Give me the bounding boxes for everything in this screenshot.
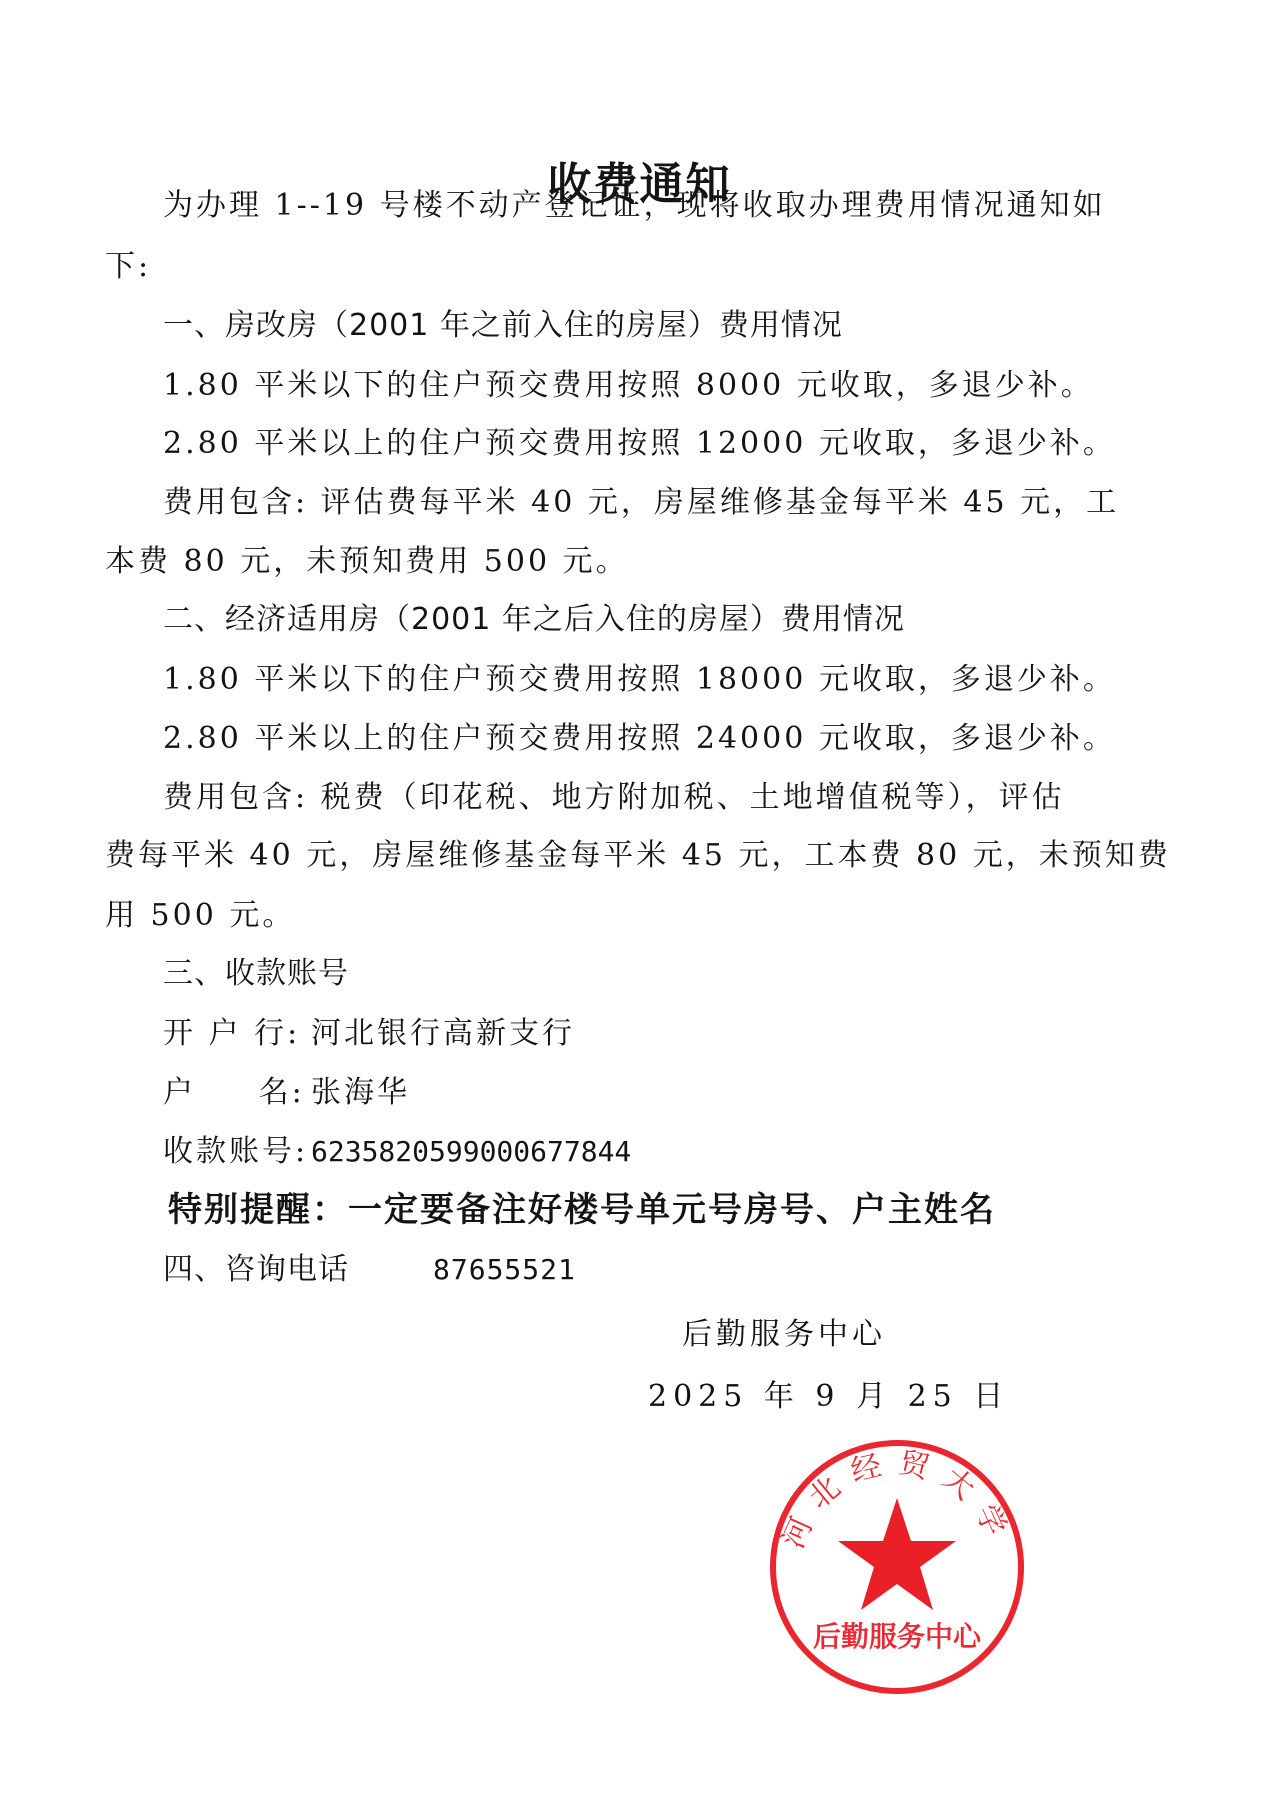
account-name-row: 户 名:张海华: [163, 1073, 410, 1113]
account-number-row: 收款账号:6235820599000677844: [163, 1132, 631, 1172]
section2-item-1: 1.80 平米以下的住户预交费用按照 18000 元收取，多退少补。: [163, 660, 1116, 700]
section4-row: 四、咨询电话87655521: [163, 1250, 576, 1290]
section1-heading: 一、房改房（2001 年之前入住的房屋）费用情况: [163, 306, 843, 346]
consult-phone: 87655521: [433, 1253, 576, 1286]
section4-heading: 四、咨询电话: [163, 1252, 349, 1287]
account-name-label: 户 名:: [163, 1073, 311, 1113]
account-name-value: 张海华: [311, 1075, 410, 1110]
intro-line-2: 下:: [105, 247, 151, 287]
section1-includes-line-1: 费用包含: 评估费每平米 40 元，房屋维修基金每平米 45 元，工: [163, 483, 1119, 523]
signature-date: 2025 年 9 月 25 日: [648, 1371, 1009, 1415]
section1-includes-line-2: 本费 80 元，未预知费用 500 元。: [105, 542, 629, 582]
intro-line-1: 为办理 1--19 号楼不动产登记证，现将收取办理费用情况通知如: [163, 186, 1106, 226]
section2-item-2: 2.80 平米以上的住户预交费用按照 24000 元收取，多退少补。: [163, 719, 1116, 759]
section3-heading: 三、收款账号: [163, 954, 349, 994]
section1-item-1: 1.80 平米以下的住户预交费用按照 8000 元收取，多退少补。: [163, 366, 1094, 406]
special-reminder: 特别提醒：一定要备注好楼号单元号房号、户主姓名: [168, 1190, 996, 1230]
notice-page: 收费通知 为办理 1--19 号楼不动产登记证，现将收取办理费用情况通知如 下:…: [0, 0, 1279, 1819]
section2-includes-line-3: 用 500 元。: [105, 896, 295, 936]
official-seal-stamp: 河北经贸大学 后勤服务中心: [766, 1436, 1028, 1698]
bank-label: 开 户 行:: [163, 1014, 311, 1054]
star-icon: [838, 1498, 956, 1610]
bank-value: 河北银行高新支行: [311, 1016, 575, 1051]
svg-text:后勤服务中心: 后勤服务中心: [813, 1620, 982, 1653]
signature-org: 后勤服务中心: [682, 1309, 886, 1353]
section2-includes-line-2: 费每平米 40 元，房屋维修基金每平米 45 元，工本费 80 元，未预知费: [105, 836, 1171, 876]
section1-item-2: 2.80 平米以上的住户预交费用按照 12000 元收取，多退少补。: [163, 424, 1116, 464]
account-number-value: 6235820599000677844: [311, 1135, 631, 1168]
section2-includes-line-1: 费用包含: 税费（印花税、地方附加税、土地增值税等），评估: [163, 778, 1065, 818]
section2-heading: 二、经济适用房（2001 年之后入住的房屋）费用情况: [163, 600, 905, 640]
bank-row: 开 户 行:河北银行高新支行: [163, 1014, 575, 1054]
account-number-label: 收款账号:: [163, 1132, 311, 1172]
